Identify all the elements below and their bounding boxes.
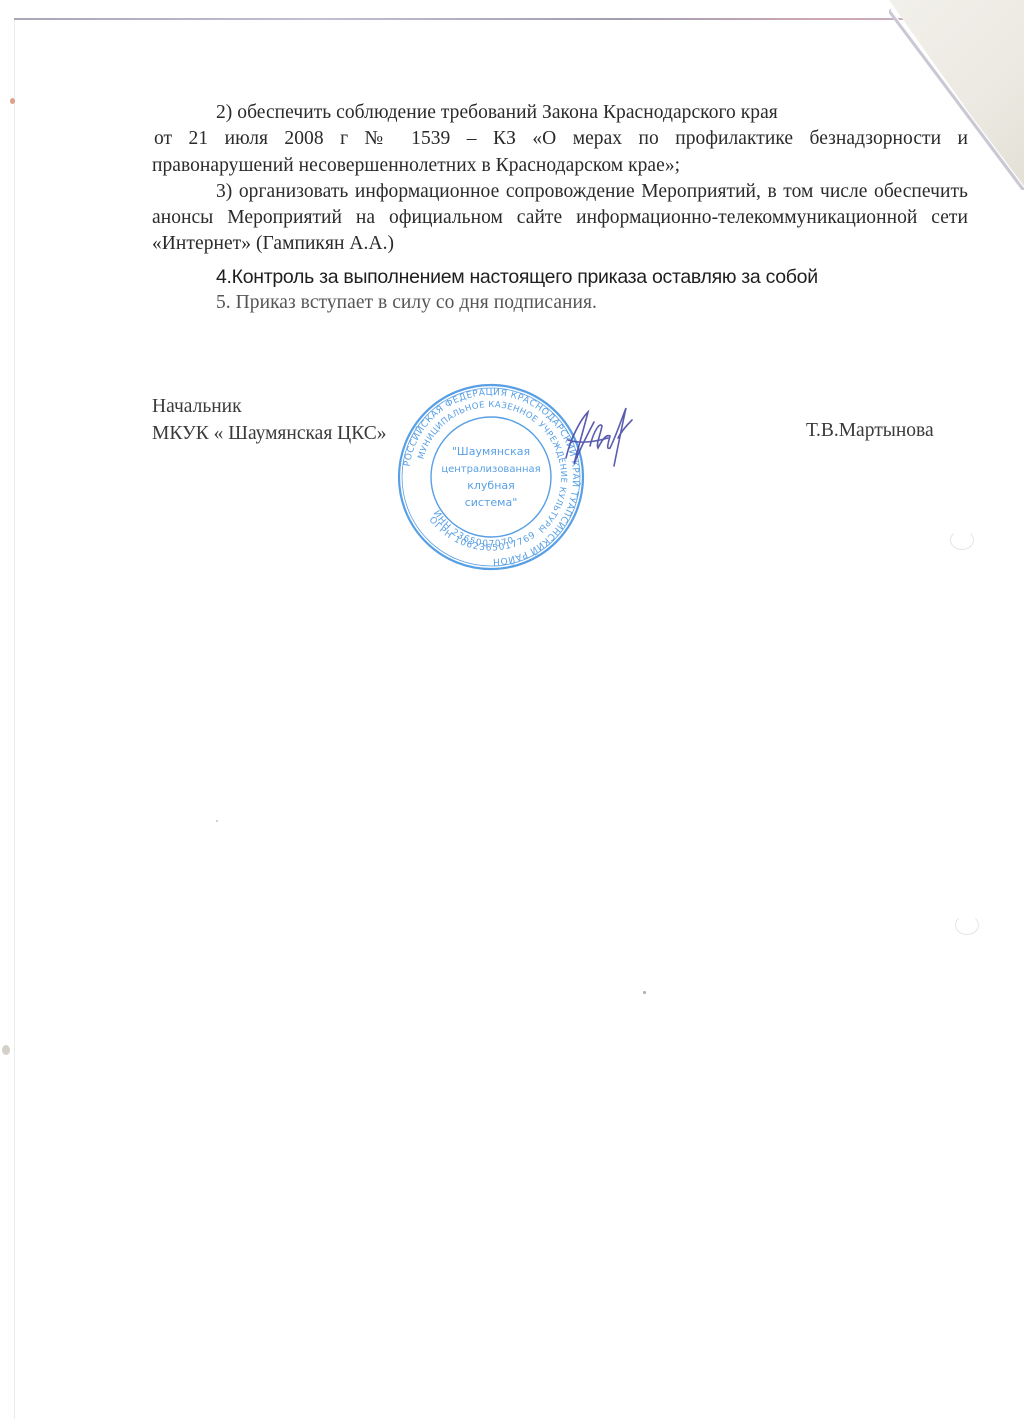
paragraph-item-4: 4.Контроль за выполнением настоящего при…	[152, 264, 968, 290]
scan-top-edge-line	[14, 18, 1024, 20]
position-title: Начальник	[152, 393, 387, 420]
signature-block: Начальник МКУК « Шаумянская ЦКС»	[152, 393, 387, 447]
seal-center-line: централизованная	[441, 464, 540, 475]
paragraph-item-2: 2) обеспечить соблюдение требований Зако…	[152, 100, 968, 179]
scan-left-edge-line	[14, 20, 15, 1419]
scan-speck	[216, 820, 218, 822]
svg-text:РОССИЙСКАЯ ФЕДЕРАЦИЯ КРАСНОДАР: РОССИЙСКАЯ ФЕДЕРАЦИЯ КРАСНОДАРСКИЙ КРАЙ …	[403, 388, 582, 566]
hole-punch-mark	[950, 530, 974, 550]
organization-name: МКУК « Шаумянская ЦКС»	[152, 420, 387, 447]
scan-speck	[10, 98, 15, 104]
order-body: 2) обеспечить соблюдение требований Зако…	[152, 100, 968, 316]
document-page: 2) обеспечить соблюдение требований Зако…	[0, 0, 1024, 1419]
seal-center-line: система"	[465, 496, 518, 509]
paragraph-item-3: 3) организовать информационное сопровожд…	[152, 179, 968, 258]
seal-outer-text: РОССИЙСКАЯ ФЕДЕРАЦИЯ КРАСНОДАРСКИЙ КРАЙ …	[403, 388, 582, 566]
paragraph-line: правонарушений несовершеннолетних в Крас…	[152, 153, 968, 179]
seal-center-line: клубная	[467, 479, 515, 492]
paragraph-line: 2) обеспечить соблюдение требований Зако…	[152, 100, 968, 126]
handwritten-signature	[560, 400, 640, 480]
official-seal-stamp: РОССИЙСКАЯ ФЕДЕРАЦИЯ КРАСНОДАРСКИЙ КРАЙ …	[396, 382, 586, 572]
paragraph-item-5: 5. Приказ вступает в силу со дня подписа…	[152, 290, 968, 316]
paragraph-line: от 21 июля 2008 г № 1539 – КЗ «О мерах п…	[152, 126, 968, 152]
scan-speck	[2, 1045, 10, 1055]
signatory-name: Т.В.Мартынова	[806, 420, 934, 442]
scan-speck	[643, 991, 646, 994]
seal-center-line: "Шаумянская	[452, 445, 530, 458]
hole-punch-mark	[955, 915, 979, 935]
